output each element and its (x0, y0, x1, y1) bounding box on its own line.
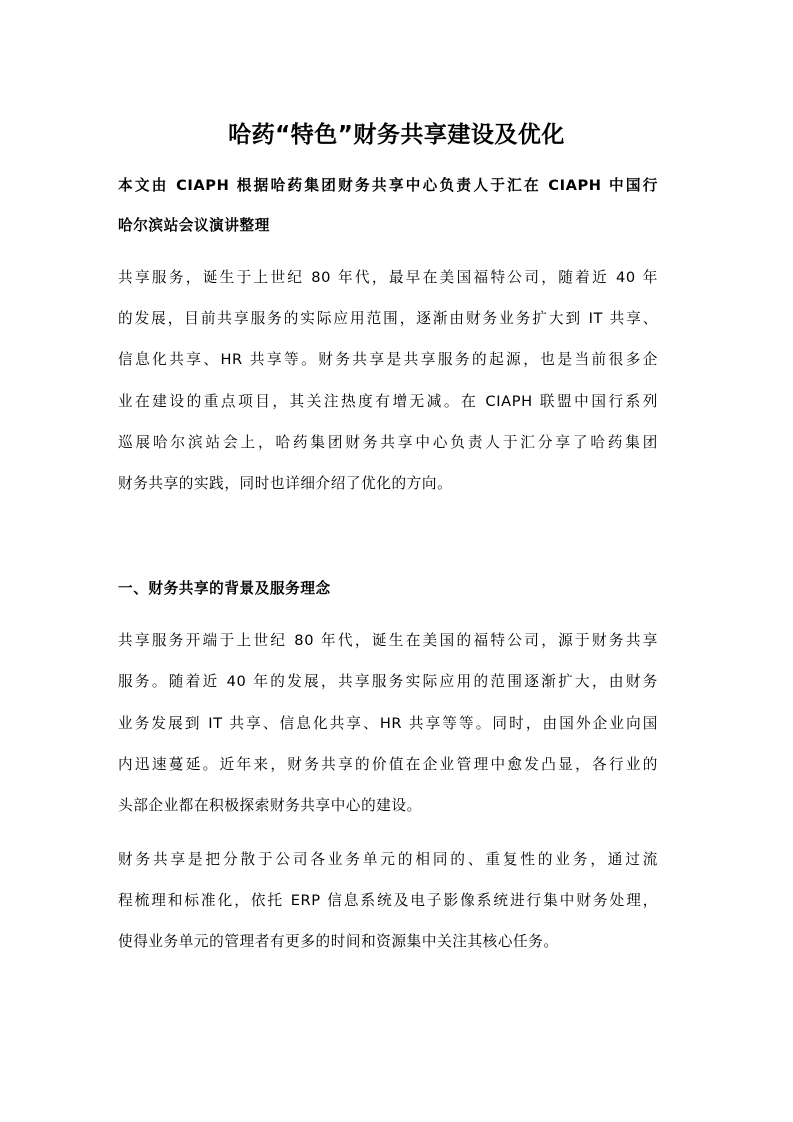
section1-p1-line: 服务。随着近 40 年的发展，共享服务实际应用的范围逐渐扩大，由财务 (118, 672, 658, 692)
section1-p1-line: 业务发展到 IT 共享、信息化共享、HR 共享等等。同时，由国外企业向国 (118, 714, 658, 734)
intro-line: 信息化共享、HR 共享等。财务共享是共享服务的起源，也是当前很多企 (118, 350, 658, 370)
section1-p2-line: 使得业务单元的管理者有更多的时间和资源集中关注其核心任务。 (118, 932, 658, 952)
section1-p2-line: 财务共享是把分散于公司各业务单元的相同的、重复性的业务，通过流 (118, 850, 658, 870)
intro-line: 业在建设的重点项目，其关注热度有增无减。在 CIAPH 联盟中国行系列 (118, 392, 658, 412)
document-title: 哈药“特色”财务共享建设及优化 (0, 116, 793, 149)
document-page: 哈药“特色”财务共享建设及优化 本文由 CIAPH 根据哈药集团财务共享中心负责… (0, 0, 793, 1122)
subtitle-line: 哈尔滨站会议演讲整理 (118, 216, 658, 236)
section-heading: 一、财务共享的背景及服务理念 (118, 579, 658, 599)
intro-line: 共享服务，诞生于上世纪 80 年代，最早在美国福特公司，随着近 40 年 (118, 268, 658, 288)
section1-p1-line: 内迅速蔓延。近年来，财务共享的价值在企业管理中愈发凸显，各行业的 (118, 755, 658, 775)
section1-p2-line: 程梳理和标准化，依托 ERP 信息系统及电子影像系统进行集中财务处理， (118, 891, 658, 911)
intro-line: 财务共享的实践，同时也详细介绍了优化的方向。 (118, 474, 658, 494)
intro-line: 巡展哈尔滨站会上，哈药集团财务共享中心负责人于汇分享了哈药集团 (118, 433, 658, 453)
intro-line: 的发展，目前共享服务的实际应用范围，逐渐由财务业务扩大到 IT 共享、 (118, 309, 658, 329)
section1-p1-line: 头部企业都在积极探索财务共享中心的建设。 (118, 796, 658, 816)
section1-p1-line: 共享服务开端于上世纪 80 年代，诞生在美国的福特公司，源于财务共享 (118, 631, 658, 651)
subtitle-line: 本文由 CIAPH 根据哈药集团财务共享中心负责人于汇在 CIAPH 中国行 (118, 176, 658, 196)
